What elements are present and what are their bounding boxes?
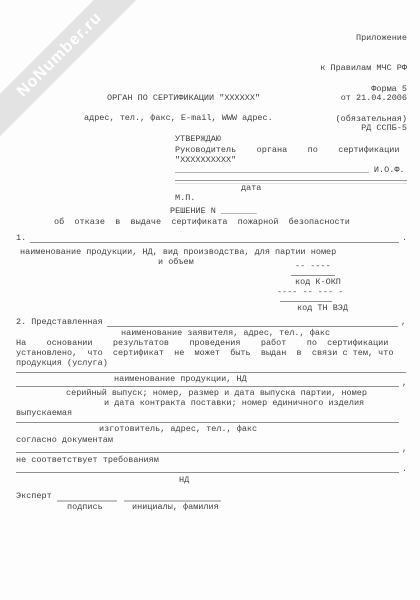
tnved-dashes: ---- -- --- -	[277, 288, 343, 297]
justification-line: На основании результатов проведения рабо…	[16, 339, 388, 348]
docs-fill-line	[16, 452, 399, 453]
docs-comma: ,	[402, 445, 407, 454]
product-fill-line	[16, 372, 406, 373]
okp-dashes: -- ----	[295, 262, 331, 271]
decision-title: РЕШЕНИЕ N _______	[170, 207, 257, 216]
tnved-code-caption: код ТН ВЭД	[297, 304, 348, 313]
approver-org-name: "XXXXXXXXXX"	[175, 156, 236, 165]
date-rule	[175, 180, 407, 184]
tnved-rule	[280, 301, 332, 302]
form-number: Форма 5	[336, 84, 407, 94]
nd-caption: НД	[179, 476, 189, 485]
justification-line: продукция (услуга)	[16, 359, 108, 368]
sign-caption: подпись	[67, 503, 103, 512]
approve-label: УТВЕРЖДАЮ	[175, 135, 221, 144]
okp-rule	[291, 275, 335, 276]
product-caption-line2: и объем	[158, 258, 194, 267]
not-conform-label: не соответствует требованиям	[16, 456, 159, 465]
org-title: ОРГАН ПО СЕРТИФИКАЦИИ "XXXXXX"	[107, 94, 260, 103]
serial-fill-line	[16, 386, 399, 387]
item2-comma: ,	[401, 318, 406, 327]
manufacturer-fill-line	[16, 422, 399, 423]
item1-number: 1.	[16, 234, 26, 243]
nd-fill-line	[16, 472, 399, 473]
product-caption-line1: наименование продукции, НД, вид производ…	[20, 248, 336, 257]
form-mandatory: (обязательная)	[336, 114, 407, 124]
justification-line: установлено, что сертификат не может быт…	[16, 349, 393, 358]
form-label-block: Форма 5 (обязательная)	[336, 64, 407, 144]
expert-label: Эксперт	[16, 492, 52, 501]
serial-comma: ,	[402, 379, 407, 388]
manufacturer-caption: изготовитель, адрес, тел., факс	[99, 425, 257, 434]
appendix-line: Приложение	[320, 33, 407, 43]
seal-label: М.П.	[175, 194, 195, 203]
item2-lead: 2. Представленная	[16, 318, 103, 327]
org-address: адрес, тел., факс, E-mail, WWW адрес.	[84, 114, 273, 123]
item1-period: .	[402, 234, 407, 243]
watermark-text: NoNumber.ru	[14, 9, 105, 100]
according-docs-label: согласно документам	[16, 436, 113, 445]
item1-fill-line	[30, 242, 399, 243]
nd-period: .	[402, 465, 407, 474]
product-nd-caption: наименование продукции, НД	[114, 375, 247, 384]
name-caption: инициалы, фамилия	[132, 503, 219, 512]
date-caption: дата	[241, 184, 261, 193]
decision-subtitle: об отказе в выдаче сертификата пожарной …	[54, 218, 350, 227]
fio-sign-line: ______________________________________ И…	[175, 166, 405, 175]
approver-role: Руководитель органа по сертификации	[175, 146, 399, 155]
document-page: NoNumber.ru Приложение к Правилам МЧС РФ…	[0, 0, 420, 600]
applicant-caption: наименование заявителя, адрес, тел., фак…	[121, 329, 330, 338]
serial-caption-line1: серийный выпуск; номер, размер и дата вы…	[66, 389, 367, 398]
serial-caption-line2: и дата контракта поставки; номер единичн…	[104, 399, 364, 408]
okp-code-caption: код К-ОКП	[295, 278, 341, 287]
item2-fill-line	[107, 326, 398, 327]
issued-label: выпускаемая	[16, 409, 72, 418]
watermark-ribbon: NoNumber.ru	[0, 0, 155, 150]
